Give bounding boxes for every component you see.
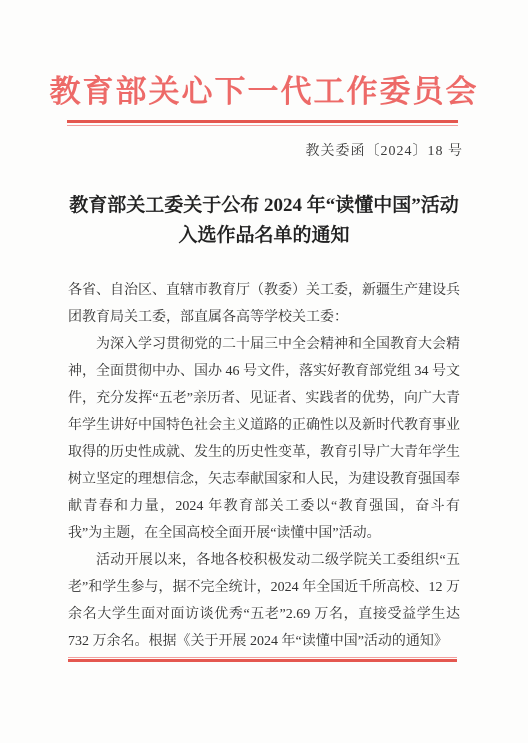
official-document-page: 教育部关心下一代工作委员会 教关委函〔2024〕18 号 教育部关工委关于公布 … [0, 0, 528, 743]
document-title-line2: 入选作品名单的通知 [34, 221, 494, 251]
footer-divider [68, 657, 457, 662]
body-paragraph-2: 活动开展以来，各地各校积极发动二级学院关工委组织“五老”和学生参与，据不完全统计… [68, 547, 460, 655]
footer-divider-thick-line [68, 659, 457, 662]
divider-thin-line [67, 125, 458, 126]
document-number: 教关委函〔2024〕18 号 [67, 140, 463, 160]
document-title-line1: 教育部关工委关于公布 2024 年“读懂中国”活动 [34, 191, 494, 221]
body-paragraph-1: 为深入学习贯彻党的二十届三中全会精神和全国教育大会精神，全面贯彻中办、国办 46… [68, 331, 460, 547]
salutation-paragraph: 各省、自治区、直辖市教育厅（教委）关工委，新疆生产建设兵团教育局关工委，部直属各… [68, 277, 460, 331]
letterhead-divider [67, 120, 458, 126]
letterhead-title: 教育部关心下一代工作委员会 [0, 66, 528, 111]
document-body: 各省、自治区、直辖市教育厅（教委）关工委，新疆生产建设兵团教育局关工委，部直属各… [68, 277, 460, 655]
document-title: 教育部关工委关于公布 2024 年“读懂中国”活动 入选作品名单的通知 [34, 191, 494, 251]
